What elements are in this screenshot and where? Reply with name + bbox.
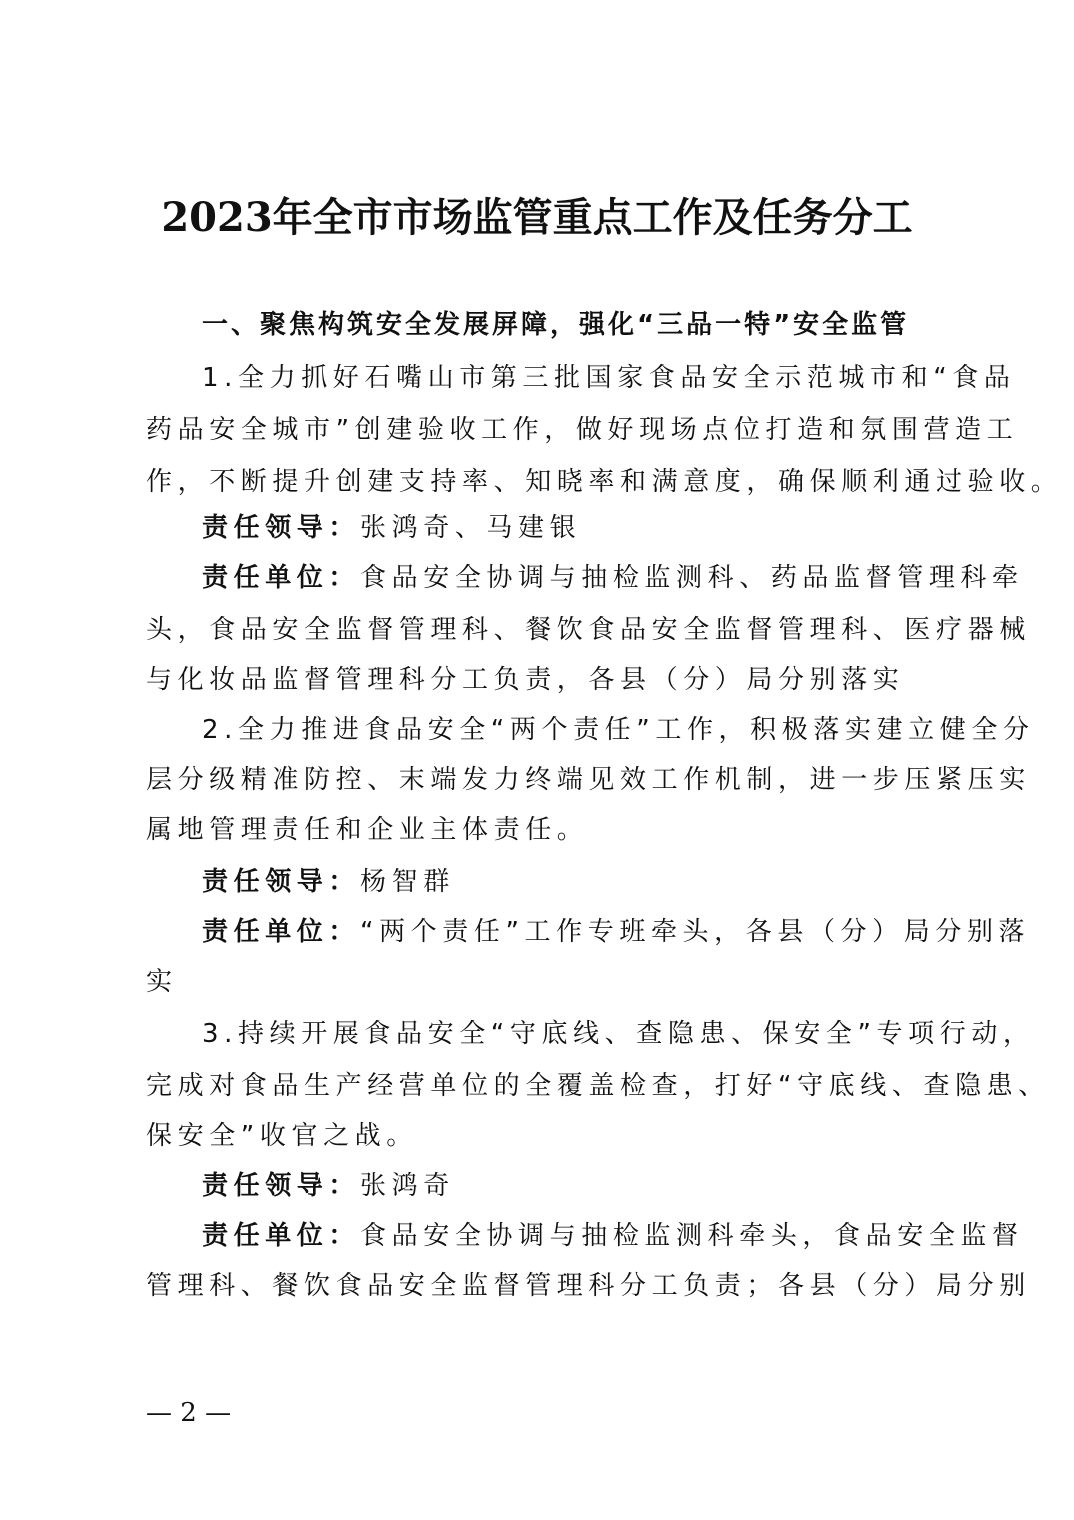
unit-value: 食品安全协调与抽检监测科、药品监督管理科牵: [360, 563, 1024, 593]
item-2-line-2: 层分级精准防控、末端发力终端见效工作机制，进一步压紧压实: [146, 760, 946, 800]
document-title: 2023年全市市场监管重点工作及任务分工: [0, 188, 1074, 248]
unit-value: 食品安全协调与抽检监测科牵头，食品安全监督: [360, 1221, 1024, 1251]
item-2-unit: 责任单位：“两个责任”工作专班牵头，各县（分）局分别落: [202, 912, 946, 952]
item-3-leader: 责任领导：张鸿奇: [202, 1166, 946, 1206]
item-3-unit: 责任单位：食品安全协调与抽检监测科牵头，食品安全监督: [202, 1216, 946, 1256]
leader-value: 张鸿奇: [360, 1171, 455, 1201]
item-2-line-1: 2.全力推进食品安全“两个责任”工作，积极落实建立健全分: [202, 710, 946, 750]
item-2-unit-line-2: 实: [146, 962, 946, 1002]
section-heading: 一、聚焦构筑安全发展屏障，强化“三品一特”安全监管: [202, 305, 946, 345]
item-1-line-1: 1.全力抓好石嘴山市第三批国家食品安全示范城市和“食品: [202, 358, 946, 398]
item-1-unit: 责任单位：食品安全协调与抽检监测科、药品监督管理科牵: [202, 558, 946, 598]
item-3-line-2: 完成对食品生产经营单位的全覆盖检查，打好“守底线、查隐患、: [146, 1066, 946, 1106]
item-1-unit-line-2: 头，食品安全监督管理科、餐饮食品安全监督管理科、医疗器械: [146, 610, 946, 650]
document-page: 2023年全市市场监管重点工作及任务分工 一、聚焦构筑安全发展屏障，强化“三品一…: [0, 0, 1074, 1520]
item-2-line-3: 属地管理责任和企业主体责任。: [146, 810, 946, 850]
item-3-line-3: 保安全”收官之战。: [146, 1116, 946, 1156]
page-number: — 2 —: [146, 1393, 231, 1433]
leader-label: 责任领导：: [202, 1171, 360, 1201]
leader-value: 张鸿奇、马建银: [360, 513, 581, 543]
leader-label: 责任领导：: [202, 867, 360, 897]
leader-label: 责任领导：: [202, 513, 360, 543]
unit-label: 责任单位：: [202, 1221, 360, 1251]
item-1-line-3: 作，不断提升创建支持率、知晓率和满意度，确保顺利通过验收。: [146, 462, 946, 502]
item-1-unit-line-3: 与化妆品监督管理科分工负责，各县（分）局分别落实: [146, 660, 946, 700]
item-3-unit-line-2: 管理科、餐饮食品安全监督管理科分工负责；各县（分）局分别: [146, 1266, 946, 1306]
unit-label: 责任单位：: [202, 563, 360, 593]
unit-label: 责任单位：: [202, 917, 360, 947]
item-1-leader: 责任领导：张鸿奇、马建银: [202, 508, 946, 548]
unit-value: “两个责任”工作专班牵头，各县（分）局分别落: [360, 917, 1030, 947]
item-1-line-2: 药品安全城市”创建验收工作，做好现场点位打造和氛围营造工: [146, 410, 946, 450]
item-2-leader: 责任领导：杨智群: [202, 862, 946, 902]
item-3-line-1: 3.持续开展食品安全“守底线、查隐患、保安全”专项行动，: [202, 1014, 946, 1054]
leader-value: 杨智群: [360, 867, 455, 897]
